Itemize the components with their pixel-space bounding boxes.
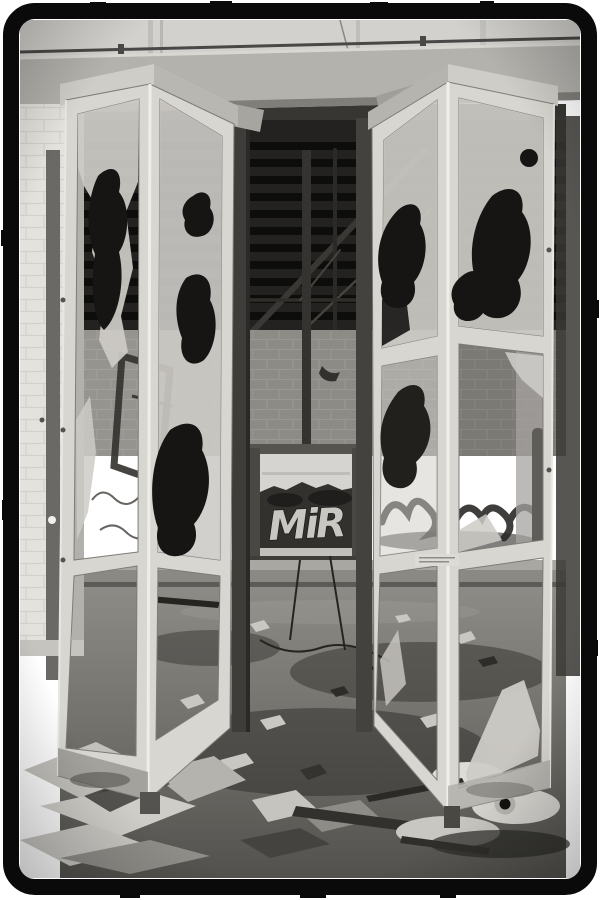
vignette [20, 20, 580, 878]
photo-print: MiR [0, 0, 600, 900]
photo: MiR [0, 0, 600, 900]
